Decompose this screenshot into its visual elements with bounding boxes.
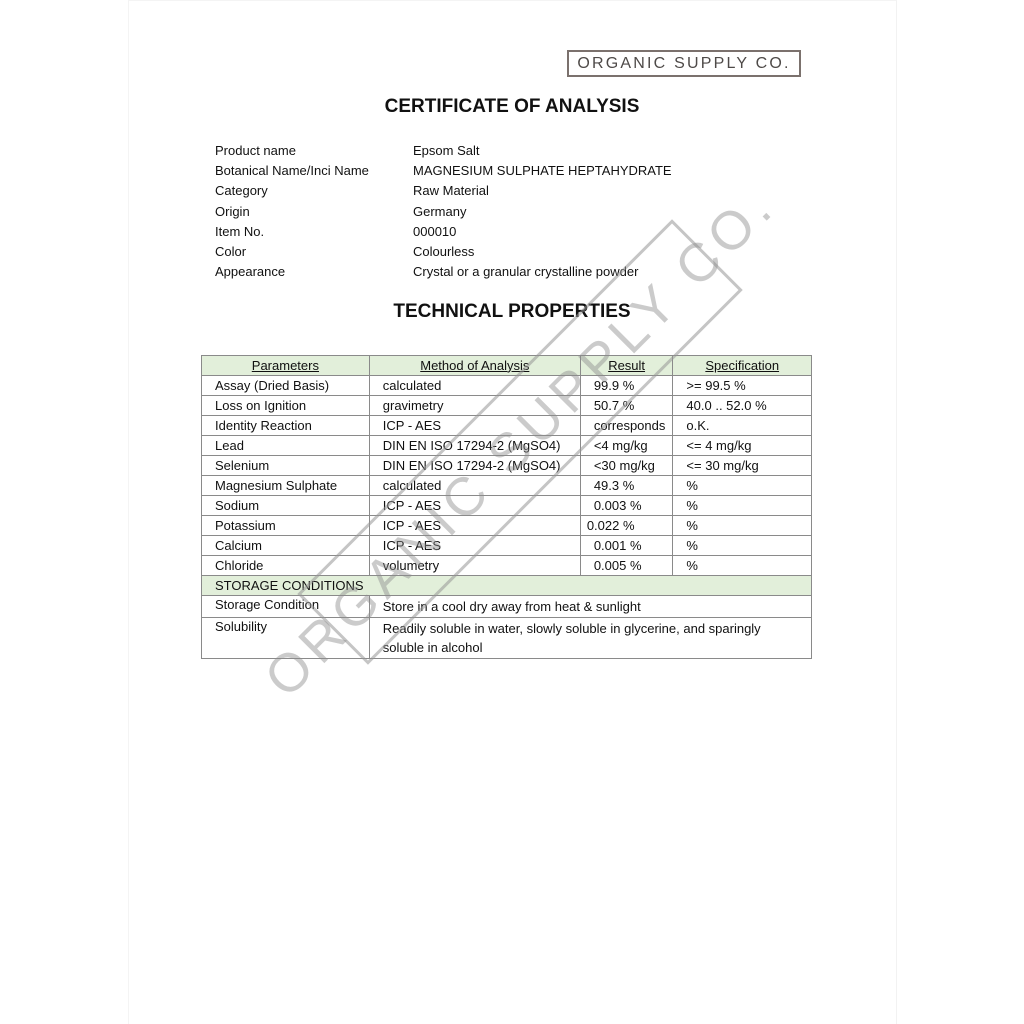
cell-specification: % [673,496,812,516]
cell-result: corresponds [580,416,673,436]
info-label: Color [215,242,413,262]
table-row: Magnesium Sulphatecalculated49.3 %% [202,476,812,496]
info-label: Category [215,181,413,201]
table-row: Assay (Dried Basis)calculated99.9 %>= 99… [202,376,812,396]
info-value: Raw Material [413,181,489,201]
info-row: OriginGermany [215,202,672,222]
cell-method: calculated [369,376,580,396]
section-title: STORAGE CONDITIONS [202,576,812,596]
cell-parameter: Calcium [202,536,370,556]
cell-result: <30 mg/kg [580,456,673,476]
storage-label: Storage Condition [202,596,370,618]
info-label: Botanical Name/Inci Name [215,161,413,181]
storage-label: Solubility [202,618,370,659]
cell-parameter: Magnesium Sulphate [202,476,370,496]
cell-method: volumetry [369,556,580,576]
table-row: Identity ReactionICP - AEScorrespondso.K… [202,416,812,436]
cell-result: 99.9 % [580,376,673,396]
info-row: Botanical Name/Inci NameMAGNESIUM SULPHA… [215,161,672,181]
section-row-storage: STORAGE CONDITIONS [202,576,812,596]
cell-result: 0.001 % [580,536,673,556]
info-label: Product name [215,141,413,161]
company-logo: ORGANIC SUPPLY CO. [567,50,801,77]
header-parameters: Parameters [202,356,370,376]
info-label: Origin [215,202,413,222]
cell-method: ICP - AES [369,536,580,556]
info-row: CategoryRaw Material [215,181,672,201]
info-value: Epsom Salt [413,141,479,161]
cell-result: 49.3 % [580,476,673,496]
cell-method: ICP - AES [369,496,580,516]
header-result: Result [580,356,673,376]
storage-value: Readily soluble in water, slowly soluble… [369,618,811,659]
cell-result: 0.022 % [580,516,673,536]
cell-method: gravimetry [369,396,580,416]
cell-method: ICP - AES [369,516,580,536]
cell-method: ICP - AES [369,416,580,436]
storage-value: Store in a cool dry away from heat & sun… [369,596,811,618]
cell-method: DIN EN ISO 17294-2 (MgSO4) [369,436,580,456]
info-value: Colourless [413,242,474,262]
cell-specification: % [673,476,812,496]
cell-specification: 40.0 .. 52.0 % [673,396,812,416]
cell-parameter: Sodium [202,496,370,516]
info-value: Crystal or a granular crystalline powder [413,262,638,282]
table-row: SeleniumDIN EN ISO 17294-2 (MgSO4)<30 mg… [202,456,812,476]
table-header-row: Parameters Method of Analysis Result Spe… [202,356,812,376]
info-value: Germany [413,202,466,222]
cell-parameter: Lead [202,436,370,456]
storage-row: Storage ConditionStore in a cool dry awa… [202,596,812,618]
cell-specification: <= 30 mg/kg [673,456,812,476]
technical-properties-table: Parameters Method of Analysis Result Spe… [201,355,812,659]
cell-specification: <= 4 mg/kg [673,436,812,456]
header-method: Method of Analysis [369,356,580,376]
table-row: CalciumICP - AES0.001 %% [202,536,812,556]
storage-row: SolubilityReadily soluble in water, slow… [202,618,812,659]
cell-parameter: Loss on Ignition [202,396,370,416]
table-row: Loss on Ignitiongravimetry50.7 %40.0 .. … [202,396,812,416]
info-row: ColorColourless [215,242,672,262]
product-info: Product nameEpsom SaltBotanical Name/Inc… [215,141,672,282]
certificate-title: CERTIFICATE OF ANALYSIS [0,96,1024,118]
table-row: SodiumICP - AES0.003 %% [202,496,812,516]
table-row: LeadDIN EN ISO 17294-2 (MgSO4)<4 mg/kg<=… [202,436,812,456]
cell-specification: % [673,536,812,556]
info-label: Item No. [215,222,413,242]
info-value: MAGNESIUM SULPHATE HEPTAHYDRATE [413,161,672,181]
cell-result: 0.005 % [580,556,673,576]
cell-result: <4 mg/kg [580,436,673,456]
info-value: 000010 [413,222,456,242]
info-label: Appearance [215,262,413,282]
header-specification: Specification [673,356,812,376]
cell-specification: >= 99.5 % [673,376,812,396]
info-row: Product nameEpsom Salt [215,141,672,161]
cell-result: 0.003 % [580,496,673,516]
cell-specification: % [673,556,812,576]
info-row: AppearanceCrystal or a granular crystall… [215,262,672,282]
cell-method: DIN EN ISO 17294-2 (MgSO4) [369,456,580,476]
cell-result: 50.7 % [580,396,673,416]
table-row: PotassiumICP - AES0.022 %% [202,516,812,536]
cell-parameter: Chloride [202,556,370,576]
cell-method: calculated [369,476,580,496]
cell-specification: o.K. [673,416,812,436]
cell-parameter: Identity Reaction [202,416,370,436]
cell-parameter: Selenium [202,456,370,476]
info-row: Item No.000010 [215,222,672,242]
cell-parameter: Assay (Dried Basis) [202,376,370,396]
technical-properties-title: TECHNICAL PROPERTIES [0,301,1024,323]
table-row: Chloridevolumetry0.005 %% [202,556,812,576]
cell-specification: % [673,516,812,536]
cell-parameter: Potassium [202,516,370,536]
